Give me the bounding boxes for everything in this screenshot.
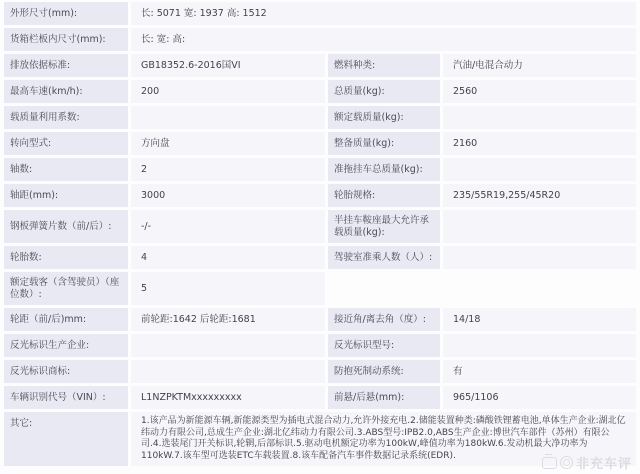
row-value-right: 14/18 <box>443 308 636 331</box>
row-label-left: 轴距(mm): <box>4 184 128 207</box>
row-label-left: 车辆识别代号（VIN）: <box>4 386 128 409</box>
row-value-left: 200 <box>131 80 325 103</box>
watermark: 非充车评 <box>542 453 632 472</box>
row-value-left: 4 <box>131 246 325 269</box>
row-label-right: 整备质量(kg): <box>328 132 440 155</box>
row-label-right: 半挂车鞍座最大允许承载质量(kg): <box>328 210 440 243</box>
table-row: 排放依据标准:GB18352.6-2016国VI燃料种类:汽油/电混合动力 <box>4 54 636 77</box>
row-value-left: 前轮距:1642 后轮距:1681 <box>131 308 325 331</box>
row-label-left: 轮距（前/后)mm: <box>4 308 128 331</box>
table-row: 货箱栏板内尺寸(mm):长: 宽: 高: <box>4 28 636 51</box>
circle-logo-icon <box>560 456 573 469</box>
table-row: 车辆识别代号（VIN）:L1NZPKTMxxxxxxxxx前悬/后悬(mm):9… <box>4 386 636 409</box>
row-value-right <box>443 210 636 243</box>
row-label-right: 防抱死制动系统: <box>328 360 440 383</box>
row-label-right: 接近角/离去角（度）: <box>328 308 440 331</box>
row-label-right: 驾驶室准乘人数（人）: <box>328 246 440 269</box>
table-row: 反光标识商标:防抱死制动系统:有 <box>4 360 636 383</box>
table-row: 反光标识生产企业:反光标识型号: <box>4 334 636 357</box>
table-row: 轮距（前/后)mm:前轮距:1642 后轮距:1681接近角/离去角（度）:14… <box>4 308 636 331</box>
empty-spacer <box>443 272 636 305</box>
row-label-left: 外形尺寸(mm): <box>4 2 128 25</box>
row-value-left <box>131 360 325 383</box>
table-row: 外形尺寸(mm):长: 5071 宽: 1937 高: 1512 <box>4 2 636 25</box>
row-value-right <box>443 246 636 269</box>
row-label-left: 货箱栏板内尺寸(mm): <box>4 28 128 51</box>
row-label-right: 燃料种类: <box>328 54 440 77</box>
table-row: 载质量利用系数:额定载质量(kg): <box>4 106 636 129</box>
empty-spacer <box>328 272 440 305</box>
row-value-right <box>443 158 636 181</box>
row-value-left <box>131 106 325 129</box>
row-label-left: 轴数: <box>4 158 128 181</box>
row-value-left: 长: 宽: 高: <box>131 28 636 51</box>
row-label-left: 排放依据标准: <box>4 54 128 77</box>
table-row: 最高车速(km/h):200总质量(kg):2560 <box>4 80 636 103</box>
row-value-left: 长: 5071 宽: 1937 高: 1512 <box>131 2 636 25</box>
row-value-right: 965/1106 <box>443 386 636 409</box>
row-value-right: 2560 <box>443 80 636 103</box>
table-row: 轮胎数:4驾驶室准乘人数（人）: <box>4 246 636 269</box>
row-value-left: 方向盘 <box>131 132 325 155</box>
table-row: 轴数:2准拖挂车总质量(kg): <box>4 158 636 181</box>
row-label-right: 反光标识型号: <box>328 334 440 357</box>
row-label-left: 反光标识商标: <box>4 360 128 383</box>
row-label-right: 轮胎规格: <box>328 184 440 207</box>
row-label-right: 额定载质量(kg): <box>328 106 440 129</box>
row-value-right: 有 <box>443 360 636 383</box>
row-value-left: -/- <box>131 210 325 243</box>
row-value-left: 5 <box>131 272 325 305</box>
row-value-right <box>443 334 636 357</box>
row-label-left: 其它: <box>4 412 128 466</box>
row-label-left: 最高车速(km/h): <box>4 80 128 103</box>
watermark-text: 非充车评 <box>576 453 632 472</box>
spec-table: 外形尺寸(mm):长: 5071 宽: 1937 高: 1512货箱栏板内尺寸(… <box>4 2 636 466</box>
row-value-right: 235/55R19,255/45R20 <box>443 184 636 207</box>
row-label-left: 钢板弹簧片数（前/后）: <box>4 210 128 243</box>
row-label-left: 反光标识生产企业: <box>4 334 128 357</box>
table-row: 额定载客（含驾驶员）（座位数）:5 <box>4 272 636 305</box>
vehicle-spec-sheet: 外形尺寸(mm):长: 5071 宽: 1937 高: 1512货箱栏板内尺寸(… <box>0 0 640 474</box>
row-value-left: GB18352.6-2016国VI <box>131 54 325 77</box>
tv-logo-icon <box>542 457 557 469</box>
row-label-left: 额定载客（含驾驶员）（座位数）: <box>4 272 128 305</box>
row-label-left: 轮胎数: <box>4 246 128 269</box>
row-value-left <box>131 334 325 357</box>
row-label-right: 总质量(kg): <box>328 80 440 103</box>
row-value-right: 汽油/电混合动力 <box>443 54 636 77</box>
table-row: 钢板弹簧片数（前/后）:-/-半挂车鞍座最大允许承载质量(kg): <box>4 210 636 243</box>
row-value-right <box>443 106 636 129</box>
row-value-left: L1NZPKTMxxxxxxxxx <box>131 386 325 409</box>
row-value-left: 2 <box>131 158 325 181</box>
row-value-left: 3000 <box>131 184 325 207</box>
table-row: 轴距(mm):3000轮胎规格:235/55R19,255/45R20 <box>4 184 636 207</box>
row-value-right: 2160 <box>443 132 636 155</box>
row-label-right: 准拖挂车总质量(kg): <box>328 158 440 181</box>
row-label-left: 转向型式: <box>4 132 128 155</box>
row-label-right: 前悬/后悬(mm): <box>328 386 440 409</box>
table-row: 转向型式:方向盘整备质量(kg):2160 <box>4 132 636 155</box>
row-label-left: 载质量利用系数: <box>4 106 128 129</box>
